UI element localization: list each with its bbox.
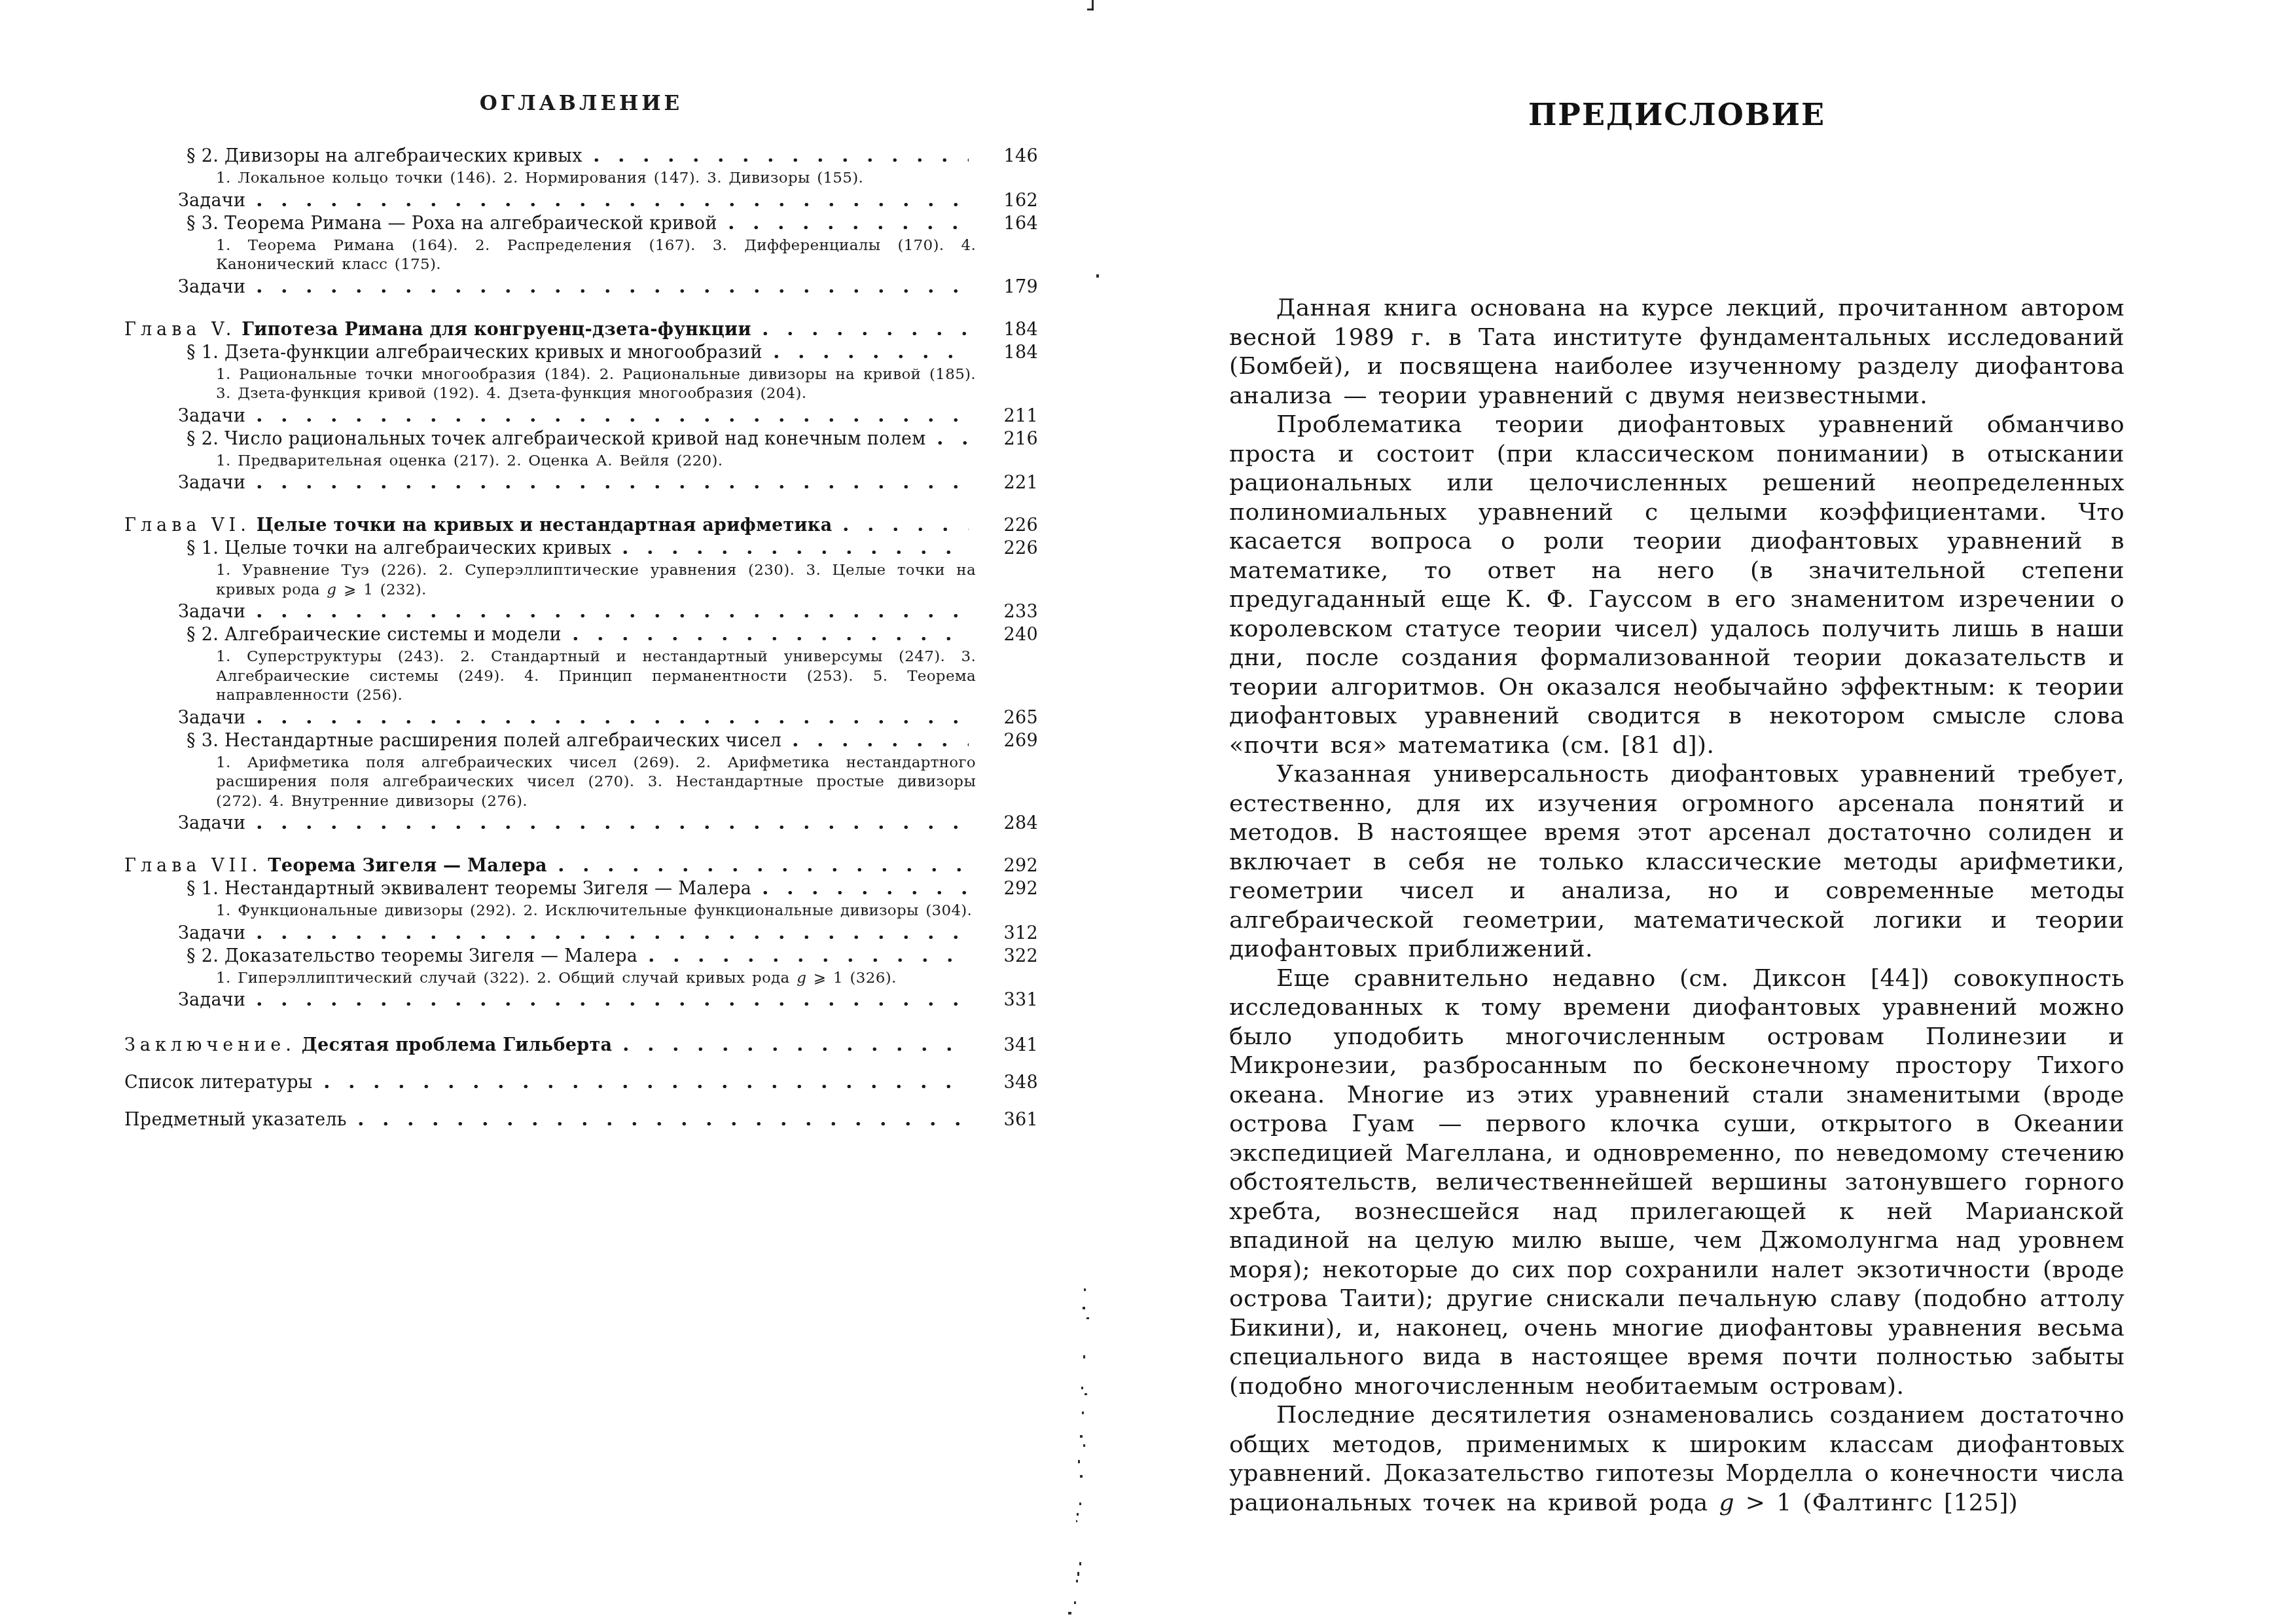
toc-page-number: 284 xyxy=(978,813,1038,834)
toc-page-number: 184 xyxy=(978,319,1038,340)
toc-chapter-title: Гипотеза Римана для конгруенц-дзета-функ… xyxy=(242,319,751,340)
toc-row-section: § 2. Алгебраические системы и модели240 xyxy=(124,625,1038,646)
fold-speck xyxy=(1079,1503,1081,1505)
dot-leader xyxy=(774,353,969,360)
toc-row-tasks: Задачи233 xyxy=(124,602,1038,623)
toc-page-number: 322 xyxy=(978,946,1038,967)
toc-entry-label: § 2. Доказательство теоремы Зигеля — Мал… xyxy=(124,946,637,967)
toc-entry-label: Задачи xyxy=(124,708,245,729)
toc-row-tasks: Задачи265 xyxy=(124,708,1038,729)
fold-speck xyxy=(1085,1393,1087,1395)
fold-speck xyxy=(1074,1601,1076,1604)
contents-page: ОГЛАВЛЕНИЕ § 2. Дивизоры на алгебраическ… xyxy=(124,92,1038,1131)
toc-row-backmatter: Список литературы348 xyxy=(124,1072,1038,1093)
preface-paragraph: Последние десятилетия ознаменовались соз… xyxy=(1229,1401,2125,1518)
dot-leader xyxy=(624,1046,969,1053)
dot-leader xyxy=(325,1083,969,1090)
toc-page-number: 233 xyxy=(978,602,1038,623)
toc-page-number: 164 xyxy=(978,213,1038,234)
dot-leader xyxy=(729,224,969,231)
toc-chapter-prefix: Глава VI. xyxy=(124,515,251,536)
toc-row-tasks: Задачи331 xyxy=(124,990,1038,1011)
preface-paragraph: Данная книга основана на курсе лекций, п… xyxy=(1229,294,2125,410)
preface-paragraph: Указанная универсальность диофантовых ур… xyxy=(1229,760,2125,964)
toc-chapter-title: Десятая проблема Гильберта xyxy=(302,1035,613,1055)
toc-entry-label: Задачи xyxy=(124,406,245,427)
toc-page-number: 292 xyxy=(978,879,1038,900)
fold-speck xyxy=(1086,1317,1089,1319)
fold-speck xyxy=(1083,1307,1085,1309)
toc-subitems: 1. Гиперэллиптический случай (322). 2. О… xyxy=(124,969,1038,989)
toc-row-tasks: Задачи179 xyxy=(124,277,1038,298)
preface-page: ПРЕДИСЛОВИЕ Данная книга основана на кур… xyxy=(1229,97,2125,1518)
toc-row-section: § 3. Теорема Римана — Роха на алгебраиче… xyxy=(124,213,1038,234)
toc-subitems: 1. Арифметика поля алгебраических чисел … xyxy=(124,754,1038,812)
toc-row-section: § 1. Нестандартный эквивалент теоремы Зи… xyxy=(124,879,1038,900)
toc-entry-label: Глава VI. Целые точки на кривых и нестан… xyxy=(124,515,832,536)
fold-speck xyxy=(1082,1412,1084,1414)
toc-row-tasks: Задачи211 xyxy=(124,406,1038,427)
toc-entry-label: Задачи xyxy=(124,277,245,298)
toc-row-tasks: Задачи284 xyxy=(124,813,1038,834)
toc-page-number: 221 xyxy=(978,473,1038,494)
toc-row-chapter: Глава V. Гипотеза Римана для конгруенц-д… xyxy=(124,319,1038,340)
toc-chapter-title: Теорема Зигеля — Малера xyxy=(268,856,547,876)
fold-speck xyxy=(1077,1572,1079,1576)
toc-page-number: 240 xyxy=(978,625,1038,646)
toc-row-backmatter: Предметный указатель361 xyxy=(124,1110,1038,1131)
toc-subitems: 1. Предварительная оценка (217). 2. Оцен… xyxy=(124,452,1038,471)
fold-speck xyxy=(1081,1387,1083,1389)
toc-page-number: 226 xyxy=(978,515,1038,536)
fold-speck xyxy=(1080,1435,1083,1438)
toc-chapter-prefix: Глава V. xyxy=(124,319,236,340)
toc-page-number: 292 xyxy=(978,856,1038,877)
fold-speck xyxy=(1083,1355,1085,1359)
toc-entry-label: § 3. Нестандартные расширения полей алге… xyxy=(124,731,781,752)
dot-leader xyxy=(257,612,969,619)
dot-leader xyxy=(594,156,969,164)
toc-row-tasks: Задачи162 xyxy=(124,191,1038,211)
toc-entry-label: § 3. Теорема Римана — Роха на алгебраиче… xyxy=(124,213,717,234)
toc-row-section: § 1. Дзета-функции алгебраических кривых… xyxy=(124,342,1038,363)
toc-entry-label: Задачи xyxy=(124,813,245,834)
toc-page-number: 146 xyxy=(978,146,1038,167)
toc-entry-label: Задачи xyxy=(124,191,245,211)
dot-leader xyxy=(257,201,969,208)
toc-entry-label: § 1. Нестандартный эквивалент теоремы Зи… xyxy=(124,879,751,900)
toc-page-number: 341 xyxy=(978,1035,1038,1056)
toc-row-section: § 3. Нестандартные расширения полей алге… xyxy=(124,731,1038,752)
toc-page-number: 184 xyxy=(978,342,1038,363)
dot-leader xyxy=(257,824,969,831)
fold-speck xyxy=(1096,274,1099,278)
fold-speck xyxy=(1079,1562,1081,1565)
toc-entry-label: Задачи xyxy=(124,602,245,623)
dot-leader xyxy=(938,439,969,447)
toc-entry-label: Задачи xyxy=(124,923,245,944)
toc-chapter-title: Целые точки на кривых и нестандартная ар… xyxy=(257,515,833,536)
dot-leader xyxy=(573,635,969,642)
toc-subitems: 1. Суперструктуры (243). 2. Стандартный … xyxy=(124,647,1038,706)
dot-leader xyxy=(559,866,969,873)
toc-entry-label: Задачи xyxy=(124,990,245,1011)
toc-page-number: 265 xyxy=(978,708,1038,729)
fold-speck xyxy=(1076,1520,1077,1522)
fold-speck xyxy=(1084,1288,1086,1291)
dot-leader xyxy=(257,718,969,725)
toc-entry-label: § 1. Дзета-функции алгебраических кривых… xyxy=(124,342,762,363)
toc-page-number: 331 xyxy=(978,990,1038,1011)
toc-page-number: 348 xyxy=(978,1072,1038,1093)
toc-chapter-prefix: Глава VII. xyxy=(124,856,262,876)
dot-leader xyxy=(257,934,969,941)
fold-speck xyxy=(1077,1513,1079,1516)
toc-page-number: 162 xyxy=(978,191,1038,211)
toc-entry-label: Задачи xyxy=(124,473,245,494)
preface-paragraphs: Данная книга основана на курсе лекций, п… xyxy=(1229,294,2125,1518)
toc-page-number: 312 xyxy=(978,923,1038,944)
toc-page-number: 211 xyxy=(978,406,1038,427)
toc-page-number: 361 xyxy=(978,1110,1038,1131)
toc-row-section: § 2. Дивизоры на алгебраических кривых14… xyxy=(124,146,1038,167)
dot-leader xyxy=(623,549,969,556)
toc-page-number: 179 xyxy=(978,277,1038,298)
fold-speck xyxy=(1076,1580,1078,1582)
preface-page-title: ПРЕДИСЛОВИЕ xyxy=(1229,97,2125,132)
fold-speck xyxy=(1083,1444,1085,1447)
toc-entry-label: Глава VII. Теорема Зигеля — Малера xyxy=(124,856,547,877)
dot-leader xyxy=(257,287,969,295)
toc-page-number: 216 xyxy=(978,429,1038,450)
toc-row-section: § 2. Число рациональных точек алгебраиче… xyxy=(124,429,1038,450)
toc-list: § 2. Дивизоры на алгебраических кривых14… xyxy=(124,146,1038,1131)
dot-leader xyxy=(359,1120,969,1127)
dot-leader xyxy=(649,957,969,964)
dot-leader xyxy=(844,526,969,533)
toc-row-section: § 1. Целые точки на алгебраических кривы… xyxy=(124,538,1038,559)
dot-leader xyxy=(257,416,969,424)
toc-entry-label: § 2. Алгебраические системы и модели xyxy=(124,625,562,646)
toc-page-number: 269 xyxy=(978,731,1038,752)
toc-subitems: 1. Рациональные точки многообразия (184)… xyxy=(124,365,1038,404)
toc-row-tasks: Задачи312 xyxy=(124,923,1038,944)
toc-page-number: 226 xyxy=(978,538,1038,559)
toc-row-chapter: Глава VI. Целые точки на кривых и нестан… xyxy=(124,515,1038,536)
preface-paragraph: Проблематика теории диофантовых уравнени… xyxy=(1229,410,2125,760)
dot-leader xyxy=(763,889,969,896)
toc-row-tasks: Задачи221 xyxy=(124,473,1038,494)
fold-speck xyxy=(1080,1475,1083,1478)
book-spread-scan: ОГЛАВЛЕНИЕ § 2. Дивизоры на алгебраическ… xyxy=(0,0,2296,1623)
toc-entry-label: § 1. Целые точки на алгебраических кривы… xyxy=(124,538,611,559)
toc-entry-label: § 2. Число рациональных точек алгебраиче… xyxy=(124,429,926,450)
toc-subitems: 1. Теорема Римана (164). 2. Распределени… xyxy=(124,236,1038,275)
dot-leader xyxy=(257,1000,969,1008)
preface-paragraph: Еще сравнительно недавно (см. Диксон [44… xyxy=(1229,964,2125,1402)
toc-entry-label: Заключение. Десятая проблема Гильберта xyxy=(124,1035,612,1056)
toc-subitems: 1. Локальное кольцо точки (146). 2. Норм… xyxy=(124,169,1038,189)
toc-row-chapter: Глава VII. Теорема Зигеля — Малера292 xyxy=(124,856,1038,877)
toc-entry-label: § 2. Дивизоры на алгебраических кривых xyxy=(124,146,583,167)
dot-leader xyxy=(793,741,969,748)
dot-leader xyxy=(257,483,969,490)
toc-chapter-prefix: Заключение. xyxy=(124,1035,296,1055)
fold-speck xyxy=(1087,9,1093,10)
fold-speck xyxy=(1068,1612,1071,1614)
toc-row-section: § 2. Доказательство теоремы Зигеля — Мал… xyxy=(124,946,1038,967)
contents-page-title: ОГЛАВЛЕНИЕ xyxy=(124,92,1038,115)
toc-entry-label: Предметный указатель xyxy=(124,1110,347,1131)
fold-speck xyxy=(1078,1460,1080,1463)
toc-entry-label: Список литературы xyxy=(124,1072,313,1093)
toc-subitems: 1. Функциональные дивизоры (292). 2. Иск… xyxy=(124,902,1038,921)
toc-subitems: 1. Уравнение Туэ (226). 2. Суперэллиптич… xyxy=(124,561,1038,600)
dot-leader xyxy=(763,330,969,337)
toc-row-conclusion: Заключение. Десятая проблема Гильберта34… xyxy=(124,1035,1038,1056)
toc-entry-label: Глава V. Гипотеза Римана для конгруенц-д… xyxy=(124,319,751,340)
